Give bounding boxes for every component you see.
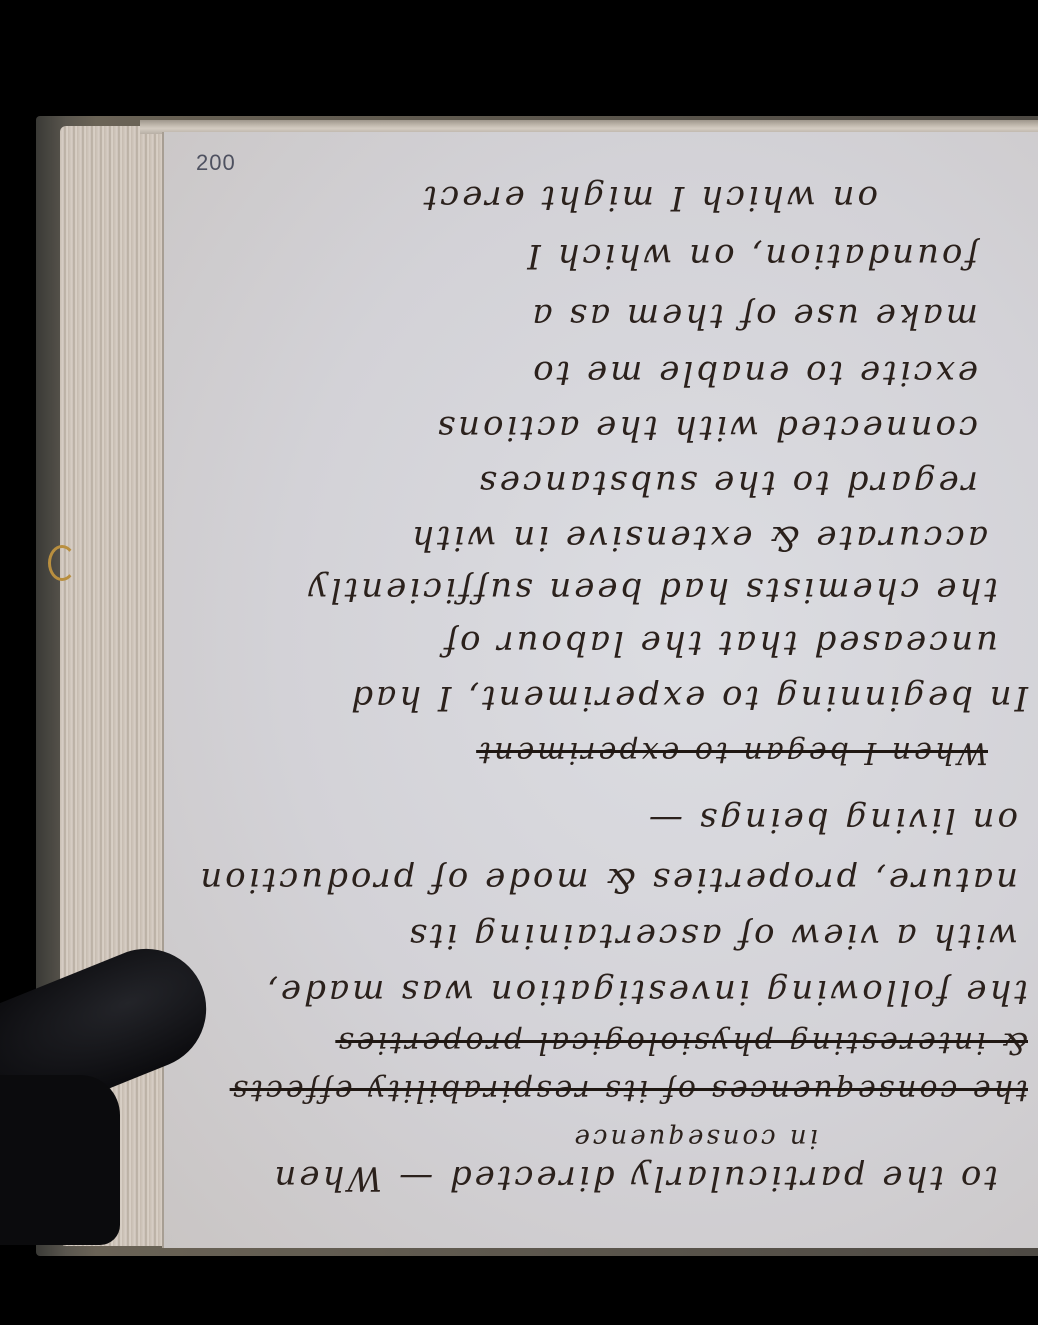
manuscript-line: on which I might erect — [421, 178, 878, 218]
manuscript-line: accurate & extensive in with — [409, 518, 988, 558]
manuscript-line: in consequence — [572, 1123, 818, 1153]
manuscript-line: nature, properties & mode of production — [197, 860, 1018, 900]
manuscript-line: In beginning to experiment, I had — [348, 678, 1028, 718]
manuscript-line: on living beings — — [646, 800, 1018, 840]
manuscript-line: foundation, on which I — [524, 236, 978, 276]
manuscript-line: unceased that the labour of — [441, 623, 998, 663]
manuscript-line: regard to the substances — [476, 463, 978, 503]
gloved-hand — [0, 1075, 120, 1245]
manuscript-line: with a view of ascertaining its — [406, 916, 1018, 956]
manuscript-line: excite to enable me to — [530, 353, 978, 393]
handwritten-text-block: to the particularly directed — When in c… — [162, 132, 1038, 1248]
manuscript-line-struck: When I began to experiment — [476, 735, 988, 770]
manuscript-line: connected with the actions — [435, 408, 978, 448]
binding-ring — [48, 545, 76, 581]
manuscript-line: make use of them as a — [529, 296, 978, 336]
manuscript-line: the following investigation was made, — [264, 972, 1028, 1012]
manuscript-line-struck: the consequences of its respirability ef… — [230, 1073, 1028, 1108]
manuscript-line-struck: & interesting physiological properties — [335, 1025, 1028, 1060]
manuscript-line: the chemists had been sufficiently — [305, 570, 998, 610]
manuscript-line: to the particularly directed — When — [271, 1158, 998, 1198]
